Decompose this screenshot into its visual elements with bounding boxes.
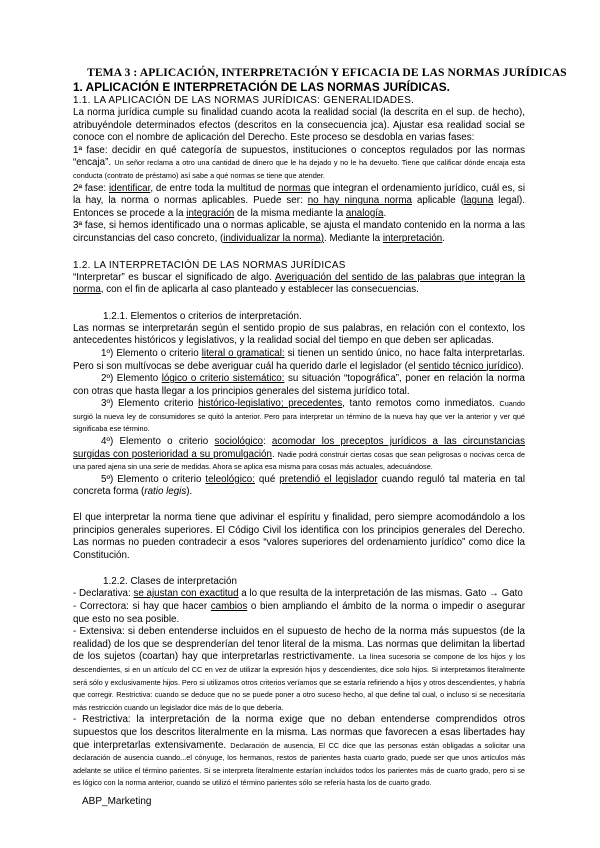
paragraph-criterio-5-run: qué — [255, 474, 279, 485]
paragraph-extensiva: - Extensiva: si deben entenderse incluid… — [73, 626, 525, 714]
paragraph-fase-2-run: normas — [278, 183, 311, 194]
paragraph-fase-2-run: , de entre toda la multitud de — [150, 183, 278, 194]
paragraph-fase-3-run: . — [442, 233, 445, 244]
paragraph-fase-3-run: interpretación — [383, 233, 442, 244]
paragraph-fase-2-run: de la misma mediante la — [234, 208, 346, 219]
document-content: TEMA 3 : APLICACIÓN, INTERPRETACIÓN Y EF… — [73, 66, 525, 790]
paragraph-correctora-run: - Correctora: si hay que hacer — [73, 601, 211, 612]
paragraph-fase-2-run: aplicable ( — [412, 195, 464, 206]
paragraph-correctora-run: cambios — [211, 601, 247, 612]
paragraph-fase-2-run: identificar — [109, 183, 150, 194]
paragraph-criterio-3: 3º) Elemento criterio histórico-legislat… — [73, 398, 525, 436]
paragraph-criterio-5-run: teleológico: — [205, 474, 255, 485]
paragraph-interpretar-run: “Interpretar” es buscar el significado d… — [73, 272, 275, 283]
paragraph-criterio-5-run: 5º) Elemento o criterio — [101, 474, 205, 485]
paragraph-criterio-5-run: ). — [186, 486, 192, 497]
document-page: TEMA 3 : APLICACIÓN, INTERPRETACIÓN Y EF… — [0, 0, 600, 848]
paragraph-criterio-1-run: ). — [518, 361, 524, 372]
paragraph-criterio-3-run: histórico-legislativo; precedentes — [198, 398, 342, 409]
paragraph-fase-2-run: laguna — [464, 195, 493, 206]
paragraph-criterio-4-run: : — [263, 436, 272, 447]
paragraph-criterio-4-run: 4º) Elemento o criterio — [101, 436, 214, 447]
paragraph-interpretar: “Interpretar” es buscar el significado d… — [73, 272, 525, 297]
paragraph-fase-2-run: no hay ninguna norma — [308, 195, 412, 206]
doc-title-run: TEMA 3 : APLICACIÓN, INTERPRETACIÓN Y EF… — [87, 66, 567, 79]
heading-1-2-run: 1.2. LA INTERPRETACIÓN DE LAS NORMAS JUR… — [73, 260, 346, 271]
heading-1-1: 1.1. LA APLICACIÓN DE LAS NORMAS JURÍDIC… — [73, 94, 525, 107]
paragraph-criterio-5-run: ratio legis — [144, 486, 186, 497]
paragraph-criterios-intro-run: Las normas se interpretarán según el sen… — [73, 323, 525, 347]
paragraph-fase-3-run: . Mediante la — [324, 233, 383, 244]
heading-1-2: 1.2. LA INTERPRETACIÓN DE LAS NORMAS JUR… — [73, 259, 525, 272]
paragraph-criterio-1-run: literal o gramatical: — [202, 348, 285, 359]
paragraph-fase-1-run: Un señor reclama a otro una cantidad de … — [73, 158, 525, 180]
heading-1-run: 1. APLICACIÓN E INTERPRETACIÓN DE LAS NO… — [73, 80, 450, 94]
paragraph-criterio-4-run: sociológico — [214, 436, 262, 447]
paragraph-criterio-3-run: 3º) Elemento criterio — [101, 398, 198, 409]
paragraph-fase-1: 1ª fase: decidir en qué categoría de sup… — [73, 145, 525, 183]
paragraph-criterio-1: 1º) Elemento o criterio literal o gramat… — [73, 348, 525, 373]
paragraph-declarativa-run: - Declarativa: — [73, 588, 133, 599]
heading-1-1-run: 1.1. LA APLICACIÓN DE LAS NORMAS JURÍDIC… — [73, 95, 414, 106]
paragraph-criterio-1-run: 1º) Elemento o criterio — [101, 348, 202, 359]
footer-text: ABP_Marketing — [82, 796, 151, 808]
paragraph-criterio-2: 2º) Elemento lógico o criterio sistemáti… — [73, 373, 525, 398]
paragraph-fase-2-run: analogía — [346, 208, 384, 219]
heading-1-2-2-run: 1.2.2. Clases de interpretación — [103, 576, 237, 587]
paragraph-criterio-3-run: , tanto remotos como inmediatos. — [342, 398, 499, 409]
heading-1-2-2: 1.2.2. Clases de interpretación — [73, 575, 525, 588]
paragraph-fase-3-run: individualizar la norma) — [223, 233, 324, 244]
paragraph-fase-2-run: . — [383, 208, 386, 219]
paragraph-fase-3: 3ª fase, si hemos identificado una o nor… — [73, 220, 525, 245]
paragraph-generalidades-run: La norma jurídica cumple su finalidad cu… — [73, 107, 525, 143]
paragraph-espiritu: El que interpretar la norma tiene que ad… — [73, 512, 525, 562]
paragraph-fase-2-run: integración — [186, 208, 234, 219]
paragraph-declarativa-run: se ajustan con exactitud — [133, 588, 238, 599]
paragraph-criterio-5: 5º) Elemento o criterio teleológico: qué… — [73, 474, 525, 499]
paragraph-interpretar-run: , con el fin de aplicarla al caso plante… — [101, 284, 419, 295]
paragraph-declarativa: - Declarativa: se ajustan con exactitud … — [73, 588, 525, 601]
heading-1: 1. APLICACIÓN E INTERPRETACIÓN DE LAS NO… — [73, 80, 525, 94]
paragraph-criterio-4: 4º) Elemento o criterio sociológico: aco… — [73, 436, 525, 474]
paragraph-criterio-1-run: sentido técnico jurídico — [418, 361, 518, 372]
paragraph-criterios-intro: Las normas se interpretarán según el sen… — [73, 323, 525, 348]
paragraph-criterio-5-run: pretendió el legislador — [279, 474, 377, 485]
paragraph-fase-2: 2ª fase: identificar, de entre toda la m… — [73, 183, 525, 221]
paragraph-criterio-2-run: lógico o criterio sistemático: — [162, 373, 285, 384]
paragraph-correctora: - Correctora: si hay que hacer cambios o… — [73, 601, 525, 626]
paragraph-criterio-2-run: 2º) Elemento — [101, 373, 162, 384]
heading-1-2-1-run: 1.2.1. Elementos o criterios de interpre… — [103, 311, 302, 322]
paragraph-restrictiva: - Restrictiva: la interpretación de la n… — [73, 714, 525, 790]
doc-title: TEMA 3 : APLICACIÓN, INTERPRETACIÓN Y EF… — [87, 66, 525, 80]
heading-1-2-1: 1.2.1. Elementos o criterios de interpre… — [73, 310, 525, 323]
paragraph-declarativa-run: a lo que resulta de la interpretación de… — [239, 588, 523, 599]
paragraph-fase-2-run: 2ª fase: — [73, 183, 109, 194]
paragraph-generalidades: La norma jurídica cumple su finalidad cu… — [73, 107, 525, 145]
paragraph-espiritu-run: El que interpretar la norma tiene que ad… — [73, 512, 525, 561]
